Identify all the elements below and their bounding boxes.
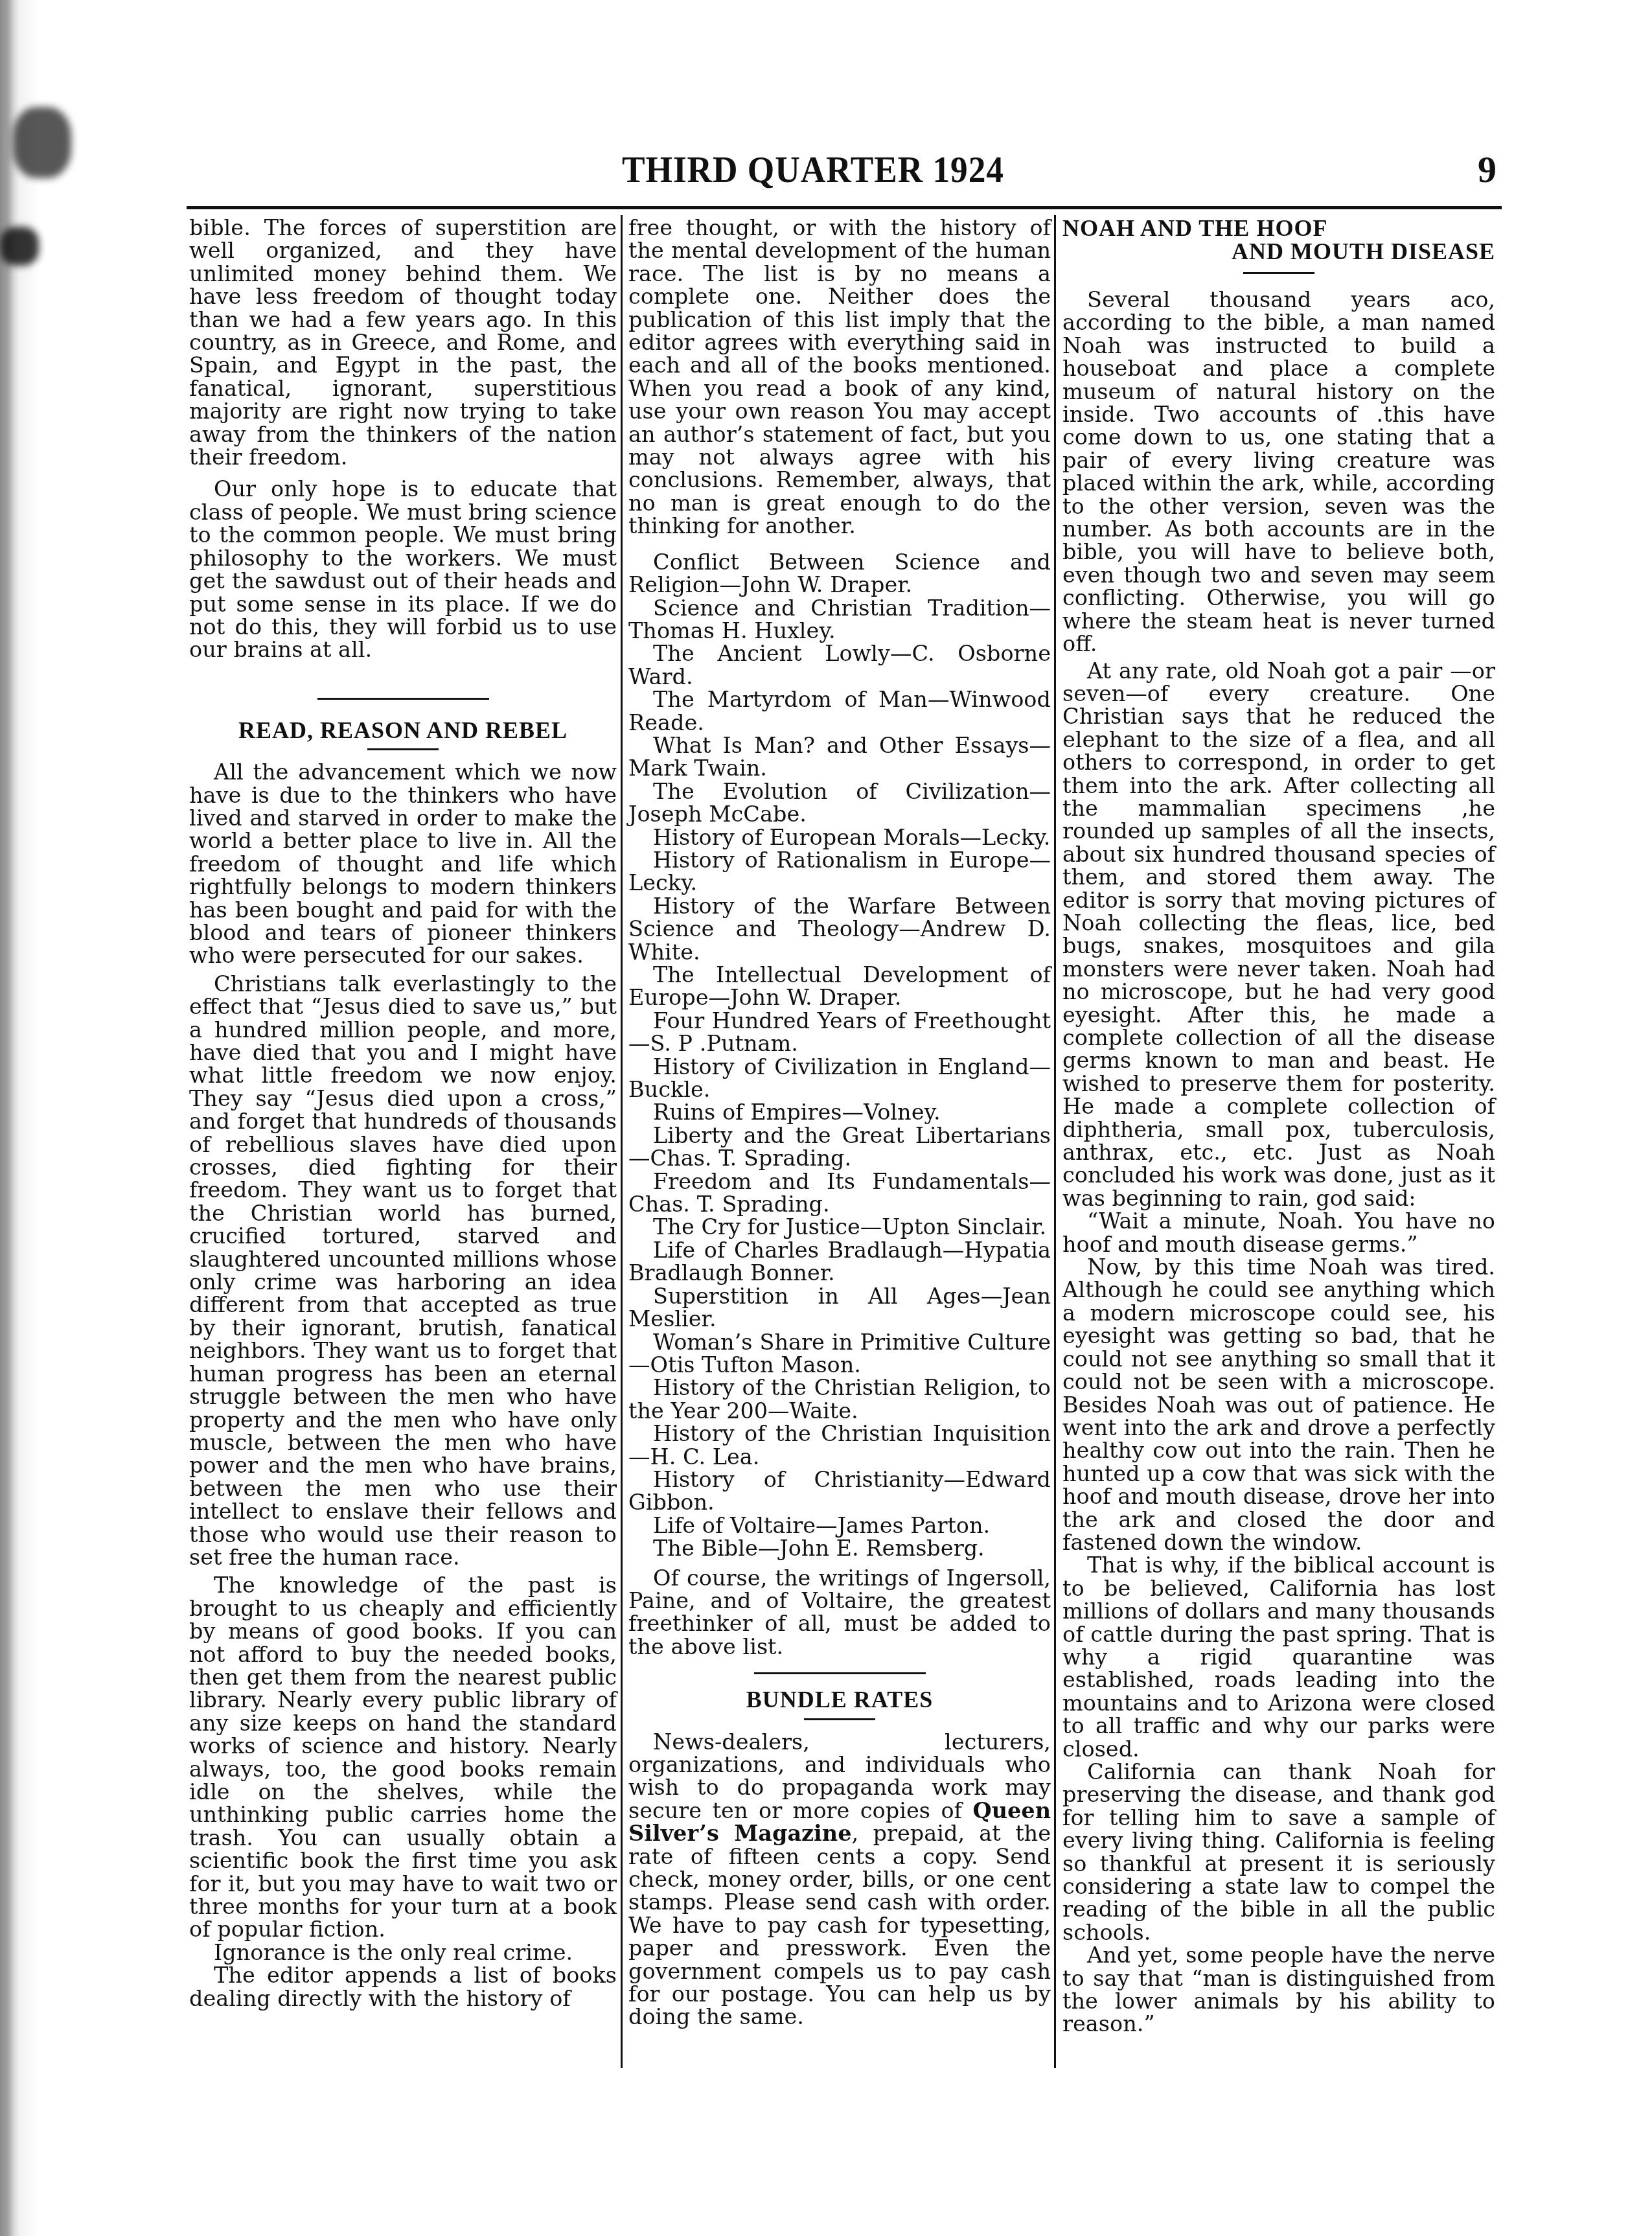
title-rule — [804, 1718, 875, 1720]
title-rule — [1243, 272, 1314, 274]
paragraph: The editor appends a list of books deali… — [189, 1964, 617, 2010]
paragraph: bible. The forces of superstition are we… — [189, 216, 617, 468]
paragraph: At any rate, old Noah got a pair —or sev… — [1062, 660, 1495, 1210]
book-list-item: Four Hundred Years of Freethought—S. P .… — [628, 1009, 1051, 1055]
book-list: Conflict Between Science and Religion—Jo… — [628, 551, 1051, 1560]
book-list-item: History of the Warfare Between Science a… — [628, 895, 1051, 963]
paragraph: All the advancement which we now have is… — [189, 761, 617, 967]
book-list-item: The Intellectual Development of Europe—J… — [628, 963, 1051, 1009]
paragraph: The knowledge of the past is brought to … — [189, 1574, 617, 1941]
header-rule — [187, 206, 1502, 209]
paragraph: “Wait a minute, Noah. You have no hoof a… — [1062, 1210, 1495, 1256]
paragraph: California can thank Noah for preserving… — [1062, 1760, 1495, 1944]
book-list-item: The Martyrdom of Man—Winwood Reade. — [628, 688, 1051, 734]
book-list-item: History of European Morals—Lecky. — [628, 826, 1051, 849]
paragraph: Several thousand years aco, according to… — [1062, 288, 1495, 656]
title-line-2: AND MOUTH DISEASE — [1062, 240, 1495, 263]
title-line-1: NOAH AND THE HOOF — [1062, 215, 1327, 241]
book-list-item: Woman’s Share in Primitive Culture—Otis … — [628, 1331, 1051, 1377]
running-title: THIRD QUARTER 1924 — [622, 148, 1004, 191]
book-list-item: History of Rationalism in Europe—Lecky. — [628, 849, 1051, 895]
book-list-item: Science and Christian Tradition—Thomas H… — [628, 597, 1051, 643]
page-number: 9 — [1478, 148, 1497, 191]
book-list-item: The Bible—John E. Remsberg. — [628, 1537, 1051, 1560]
book-list-item: Life of Voltaire—James Parton. — [628, 1514, 1051, 1537]
book-list-item: History of the Christian Inquisition—H. … — [628, 1422, 1051, 1468]
article-title-bundle-rates: BUNDLE RATES — [628, 1689, 1051, 1711]
paragraph: Of course, the writings of Ingersoll, Pa… — [628, 1567, 1051, 1659]
paragraph: Now, by this time Noah was tired. Althou… — [1062, 1256, 1495, 1554]
paragraph: Christians talk everlastingly to the eff… — [189, 973, 617, 1569]
book-list-item: Superstition in All Ages—Jean Meslier. — [628, 1285, 1051, 1331]
paragraph: Ignorance is the only real crime. — [189, 1941, 617, 1964]
book-list-item: Ruins of Empires—Volney. — [628, 1101, 1051, 1124]
column-divider — [621, 215, 623, 2068]
bundle-rates-text: News-dealers, lecturers, organizations, … — [628, 1731, 1051, 2029]
book-list-item: The Ancient Lowly—C. Osborne Ward. — [628, 642, 1051, 688]
paragraph: Our only hope is to educate that class o… — [189, 478, 617, 661]
book-list-item: The Cry for Justice—Upton Sinclair. — [628, 1216, 1051, 1238]
book-list-item: History of Christianity—Edward Gibbon. — [628, 1468, 1051, 1514]
book-list-item: History of the Christian Religion, to th… — [628, 1376, 1051, 1422]
paragraph: And yet, some people have the nerve to s… — [1062, 1944, 1495, 2036]
book-list-item: History of Civilization in England—Buckl… — [628, 1055, 1051, 1101]
article-title-read-reason-rebel: READ, REASON AND REBEL — [189, 719, 617, 742]
book-list-item: Life of Charles Bradlaugh—Hypatia Bradla… — [628, 1239, 1051, 1285]
book-list-item: Freedom and Its Fundamentals—Chas. T. Sp… — [628, 1170, 1051, 1216]
book-list-item: Liberty and the Great Libertarians—Chas.… — [628, 1124, 1051, 1170]
scan-ink-blot — [13, 107, 71, 178]
column-divider — [1054, 215, 1056, 2068]
column-2: free thought, or with the history of the… — [628, 216, 1051, 2029]
article-title-noah: NOAH AND THE HOOF AND MOUTH DISEASE — [1062, 216, 1495, 263]
title-rule — [367, 748, 439, 750]
book-list-item: The Evolution of Civilization—Joseph McC… — [628, 780, 1051, 826]
running-head: THIRD QUARTER 1924 9 — [622, 148, 1497, 200]
book-list-item: What Is Man? and Other Essays—Mark Twain… — [628, 734, 1051, 780]
paragraph: That is why, if the biblical account is … — [1062, 1554, 1495, 1760]
scan-ink-blot — [0, 227, 39, 266]
scan-margin-artifact — [0, 0, 52, 2236]
book-list-item: Conflict Between Science and Religion—Jo… — [628, 551, 1051, 597]
column-3: NOAH AND THE HOOF AND MOUTH DISEASE Seve… — [1062, 216, 1495, 2036]
column-1: bible. The forces of superstition are we… — [189, 216, 617, 2010]
paragraph: free thought, or with the history of the… — [628, 216, 1051, 538]
